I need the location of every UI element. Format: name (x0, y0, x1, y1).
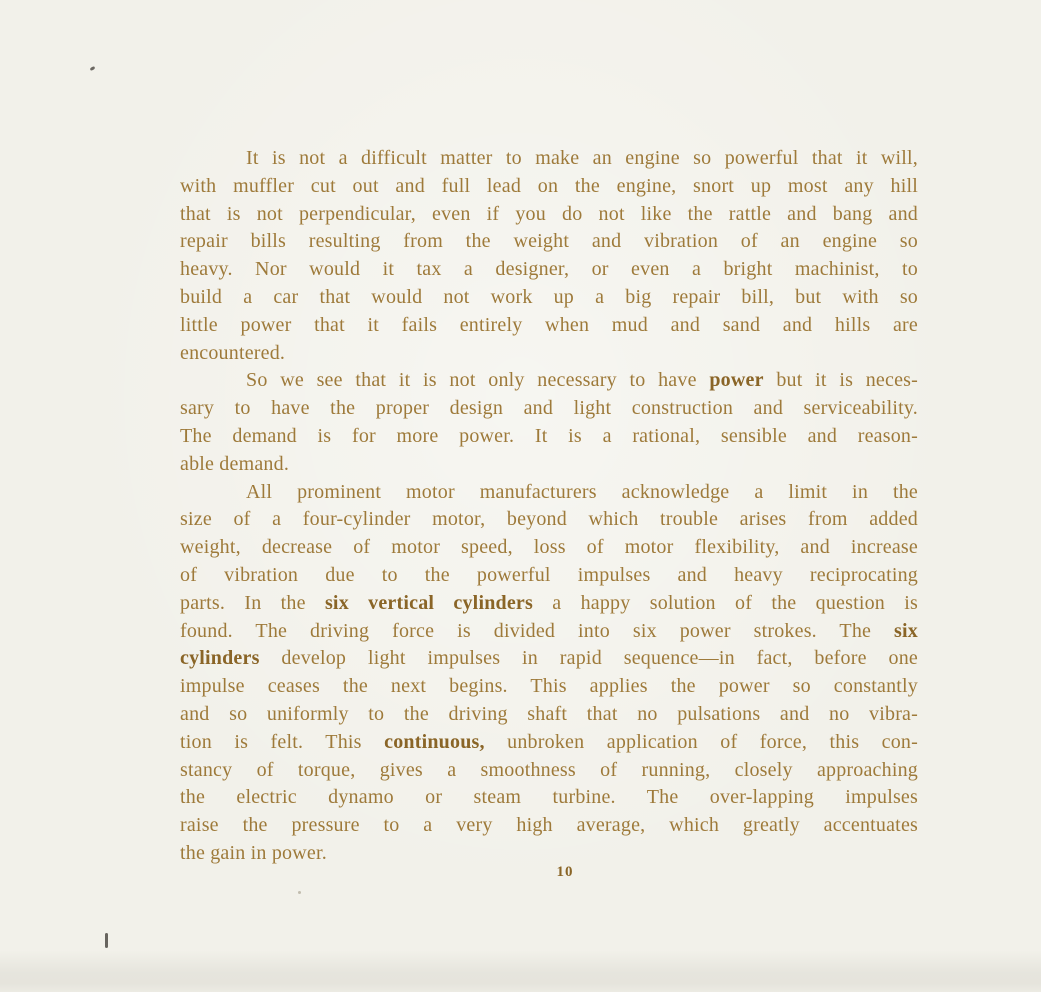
paragraph: All prominent motor manufacturers acknow… (180, 479, 918, 868)
body-text: develop light impulses in rapid sequence… (260, 647, 918, 669)
body-text: So we see that it is not only necessary … (246, 369, 709, 391)
text-line: build a car that would not work up a big… (180, 284, 918, 312)
faint-paper-speck (298, 891, 301, 894)
body-text: weight, decrease of motor speed, loss of… (180, 536, 918, 558)
body-text: but it is neces- (764, 369, 918, 391)
text-line: sary to have the proper design and light… (180, 395, 918, 423)
text-line: tion is felt. This continuous, unbroken … (180, 729, 918, 757)
text-line: found. The driving force is divided into… (180, 618, 918, 646)
page-number: 10 (549, 864, 581, 881)
body-text-block: It is not a difficult matter to make an … (180, 145, 918, 868)
paragraph: It is not a difficult matter to make an … (180, 145, 918, 367)
text-line: heavy. Nor would it tax a designer, or e… (180, 256, 918, 284)
body-text: It is not a difficult matter to make an … (246, 147, 918, 169)
emphasized-text: continuous, (384, 731, 485, 753)
text-line: that is not perpendicular, even if you d… (180, 201, 918, 229)
ink-speck-top-left (90, 66, 96, 71)
text-line: encountered. (180, 340, 918, 368)
text-line: of vibration due to the powerful impulse… (180, 562, 918, 590)
text-line: parts. In the six vertical cylinders a h… (180, 590, 918, 618)
text-line: It is not a difficult matter to make an … (180, 145, 918, 173)
body-text: the gain in power. (180, 842, 327, 864)
body-text: the electric dynamo or steam turbine. Th… (180, 786, 918, 808)
text-line: raise the pressure to a very high averag… (180, 812, 918, 840)
body-text: impulse ceases the next begins. This app… (180, 675, 918, 697)
body-text: tion is felt. This (180, 731, 384, 753)
scanned-document-page: It is not a difficult matter to make an … (0, 0, 1041, 992)
text-line: stancy of torque, gives a smoothness of … (180, 757, 918, 785)
body-text: a happy solution of the question is (533, 592, 918, 614)
body-text: little power that it fails entirely when… (180, 314, 918, 336)
body-text: build a car that would not work up a big… (180, 286, 918, 308)
text-line: repair bills resulting from the weight a… (180, 228, 918, 256)
body-text: raise the pressure to a very high averag… (180, 814, 918, 836)
text-line: little power that it fails entirely when… (180, 312, 918, 340)
body-text: encountered. (180, 342, 285, 364)
body-text: of vibration due to the powerful impulse… (180, 564, 918, 586)
body-text: unbroken application of force, this con- (485, 731, 918, 753)
text-line: All prominent motor manufacturers acknow… (180, 479, 918, 507)
text-line: able demand. (180, 451, 918, 479)
text-line: size of a four-cylinder motor, beyond wh… (180, 506, 918, 534)
body-text: stancy of torque, gives a smoothness of … (180, 759, 918, 781)
body-text: size of a four-cylinder motor, beyond wh… (180, 508, 918, 530)
body-text: parts. In the (180, 592, 325, 614)
emphasized-text: six vertical cylinders (325, 592, 533, 614)
body-text: All prominent motor manufacturers acknow… (246, 481, 918, 503)
body-text: with muffler cut out and full lead on th… (180, 175, 918, 197)
scan-edge-shadow (0, 950, 1041, 992)
body-text: that is not perpendicular, even if you d… (180, 203, 918, 225)
emphasized-text: cylinders (180, 647, 260, 669)
paragraph: So we see that it is not only necessary … (180, 367, 918, 478)
text-line: impulse ceases the next begins. This app… (180, 673, 918, 701)
emphasized-text: six (894, 620, 918, 642)
text-line: and so uniformly to the driving shaft th… (180, 701, 918, 729)
body-text: The demand is for more power. It is a ra… (180, 425, 918, 447)
emphasized-text: power (709, 369, 763, 391)
body-text: and so uniformly to the driving shaft th… (180, 703, 918, 725)
text-line: weight, decrease of motor speed, loss of… (180, 534, 918, 562)
body-text: sary to have the proper design and light… (180, 397, 918, 419)
text-line: the electric dynamo or steam turbine. Th… (180, 784, 918, 812)
text-line: with muffler cut out and full lead on th… (180, 173, 918, 201)
body-text: repair bills resulting from the weight a… (180, 230, 918, 252)
ink-tick-mark-bottom-left (105, 933, 108, 948)
text-line: So we see that it is not only necessary … (180, 367, 918, 395)
body-text: heavy. Nor would it tax a designer, or e… (180, 258, 918, 280)
body-text: found. The driving force is divided into… (180, 620, 894, 642)
body-text: able demand. (180, 453, 289, 475)
text-line: cylinders develop light impulses in rapi… (180, 645, 918, 673)
text-line: The demand is for more power. It is a ra… (180, 423, 918, 451)
